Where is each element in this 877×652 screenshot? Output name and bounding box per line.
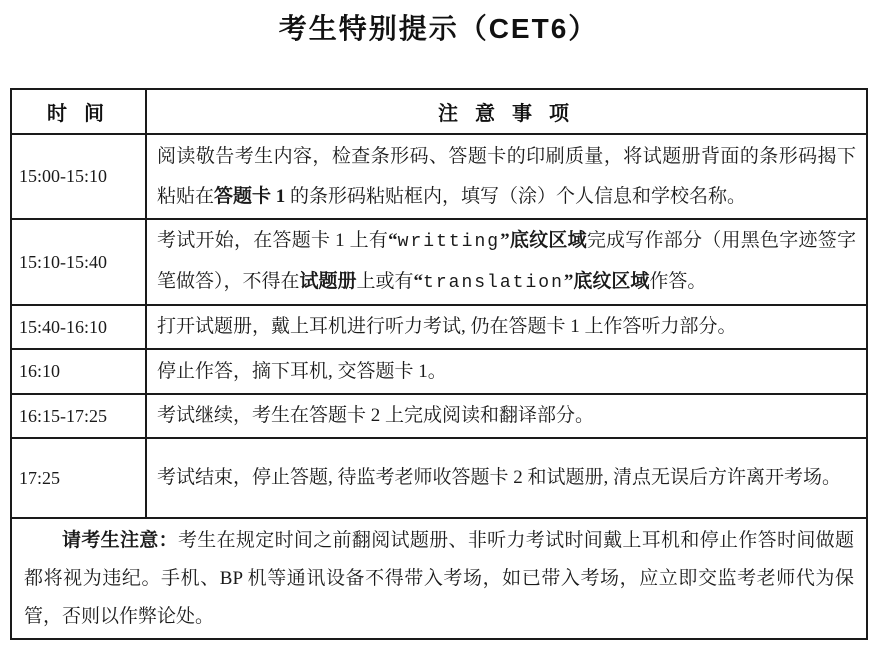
schedule-row: 16:10 停止作答，摘下耳机, 交答题卡 1。 xyxy=(11,349,867,394)
page: 考生特别提示（CET6） 时 间 注 意 事 项 15:00-15:10 阅读敬… xyxy=(0,0,877,652)
note-cell: 阅读敬告考生内容，检查条形码、答题卡的印刷质量，将试题册背面的条形码揭下粘贴在答… xyxy=(146,134,867,219)
note-cell: 考试开始，在答题卡 1 上有“writting”底纹区域完成写作部分（用黑色字迹… xyxy=(146,219,867,305)
page-title: 考生特别提示（CET6） xyxy=(0,0,877,45)
time-column-header: 时 间 xyxy=(11,89,146,134)
notes-column-header: 注 意 事 项 xyxy=(146,89,867,134)
schedule-row: 16:15-17:25 考试继续，考生在答题卡 2 上完成阅读和翻译部分。 xyxy=(11,394,867,438)
time-cell: 15:40-16:10 xyxy=(11,305,146,349)
schedule-row: 15:10-15:40 考试开始，在答题卡 1 上有“writting”底纹区域… xyxy=(11,219,867,305)
time-cell: 15:00-15:10 xyxy=(11,134,146,219)
time-cell: 17:25 xyxy=(11,438,146,518)
header-row: 时 间 注 意 事 项 xyxy=(11,89,867,134)
time-cell: 16:10 xyxy=(11,349,146,394)
note-cell: 考试继续，考生在答题卡 2 上完成阅读和翻译部分。 xyxy=(146,394,867,438)
time-cell: 15:10-15:40 xyxy=(11,219,146,305)
footer-note-row: 请考生注意：考生在规定时间之前翻阅试题册、非听力考试时间戴上耳机和停止作答时间做… xyxy=(11,518,867,639)
time-cell: 16:15-17:25 xyxy=(11,394,146,438)
note-cell: 停止作答，摘下耳机, 交答题卡 1。 xyxy=(146,349,867,394)
schedule-row: 17:25 考试结束，停止答题, 待监考老师收答题卡 2 和试题册, 清点无误后… xyxy=(11,438,867,518)
footer-note: 请考生注意：考生在规定时间之前翻阅试题册、非听力考试时间戴上耳机和停止作答时间做… xyxy=(11,518,867,639)
note-cell: 打开试题册，戴上耳机进行听力考试, 仍在答题卡 1 上作答听力部分。 xyxy=(146,305,867,349)
note-cell: 考试结束，停止答题, 待监考老师收答题卡 2 和试题册, 清点无误后方许离开考场… xyxy=(146,438,867,518)
notice-table: 时 间 注 意 事 项 15:00-15:10 阅读敬告考生内容，检查条形码、答… xyxy=(10,88,868,640)
schedule-row: 15:40-16:10 打开试题册，戴上耳机进行听力考试, 仍在答题卡 1 上作… xyxy=(11,305,867,349)
schedule-row: 15:00-15:10 阅读敬告考生内容，检查条形码、答题卡的印刷质量，将试题册… xyxy=(11,134,867,219)
